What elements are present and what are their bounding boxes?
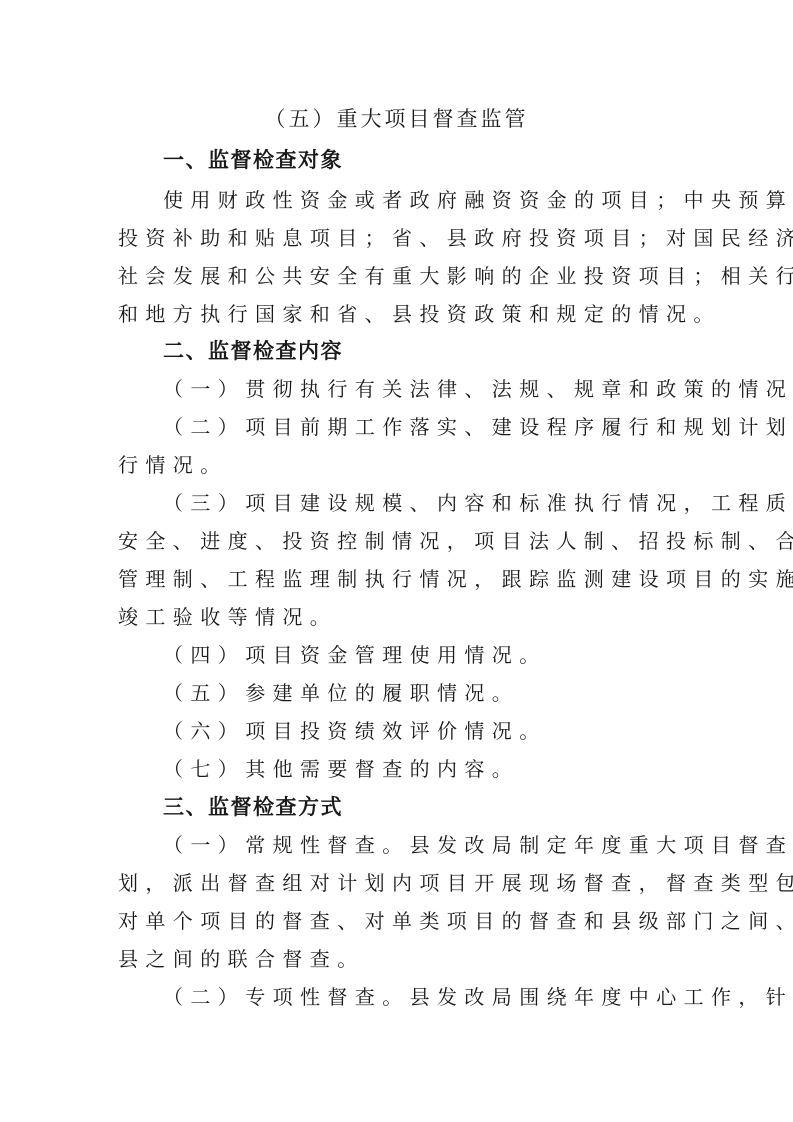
paragraph-line: （三）项目建设规模、内容和标准执行情况，工程质量、	[163, 490, 723, 516]
paragraph-line: 划，派出督查组对计划内项目开展现场督查，督查类型包括	[118, 870, 678, 896]
paragraph-line: 使用财政性资金或者政府融资资金的项目；中央预算内	[163, 187, 723, 213]
paragraph-line: 社会发展和公共安全有重大影响的企业投资项目；相关行业	[118, 263, 678, 289]
paragraph-line: （一）贯彻执行有关法律、法规、规章和政策的情况。	[163, 376, 723, 402]
paragraph-line: 行情况。	[118, 452, 678, 478]
section-heading-methods: 三、监督检查方式	[163, 794, 723, 820]
section-heading-content: 二、监督检查内容	[163, 338, 723, 364]
paragraph-line: （二）专项性督查。县发改局围绕年度中心工作，针对	[163, 984, 723, 1010]
paragraph-line: （一）常规性督查。县发改局制定年度重大项目督查计	[163, 832, 723, 858]
paragraph-line: （二）项目前期工作落实、建设程序履行和规划计划执	[163, 414, 723, 440]
paragraph-line: 竣工验收等情况。	[118, 604, 678, 630]
paragraph-line: 安全、进度、投资控制情况，项目法人制、招投标制、合同	[118, 528, 678, 554]
paragraph-line: 管理制、工程监理制执行情况，跟踪监测建设项目的实施、	[118, 566, 678, 592]
paragraph-line: 对单个项目的督查、对单类项目的督查和县级部门之间、县、	[118, 908, 678, 934]
paragraph-line: （五）参建单位的履职情况。	[163, 680, 723, 706]
paragraph-line: （七）其他需要督查的内容。	[163, 756, 723, 782]
paragraph-line: 投资补助和贴息项目；省、县政府投资项目；对国民经济、	[118, 225, 678, 251]
paragraph-line: （六）项目投资绩效评价情况。	[163, 718, 723, 744]
paragraph-line: （四）项目资金管理使用情况。	[163, 642, 723, 668]
paragraph-line: 和地方执行国家和省、县投资政策和规定的情况。	[118, 301, 678, 327]
section-heading-objects: 一、监督检查对象	[163, 147, 723, 173]
document-page: （五）重大项目督查监管 一、监督检查对象 使用财政性资金或者政府融资资金的项目；…	[0, 0, 793, 1122]
document-title: （五）重大项目督查监管	[0, 103, 793, 133]
paragraph-line: 县之间的联合督查。	[118, 946, 678, 972]
